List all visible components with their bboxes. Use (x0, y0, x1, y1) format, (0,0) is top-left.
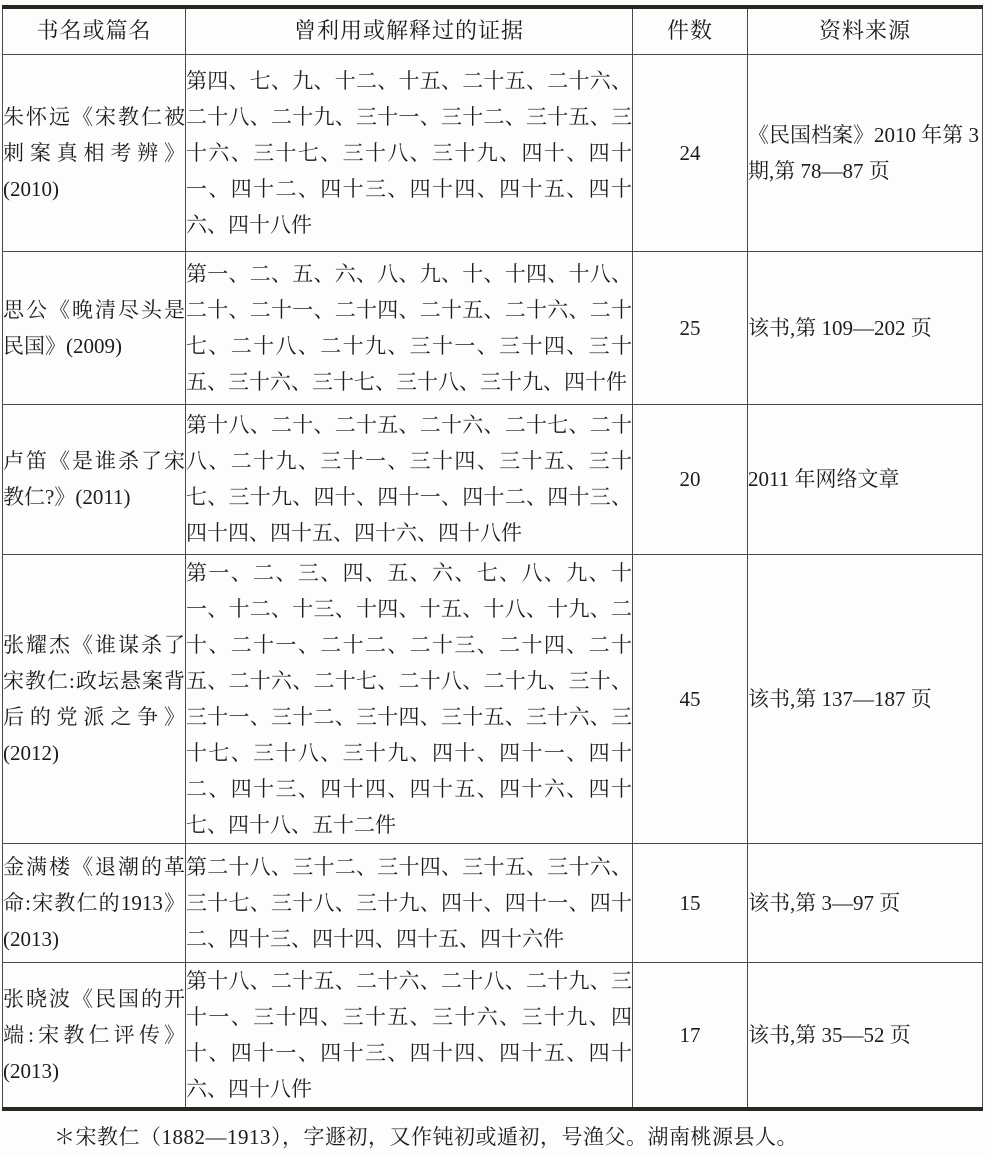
count-cell: 24 (633, 54, 748, 251)
table-row: 朱怀远《宋教仁被刺案真相考辨》(2010) 第四、七、九、十二、十五、二十五、二… (3, 54, 983, 251)
header-evidence: 曾利用或解释过的证据 (186, 7, 633, 54)
table-row: 卢笛《是谁杀了宋教仁?》(2011) 第十八、二十、二十五、二十六、二十七、二十… (3, 404, 983, 554)
evidence-cell: 第十八、二十五、二十六、二十八、二十九、三十一、三十四、三十五、三十六、三十九、… (186, 962, 633, 1109)
source-cell: 该书,第 137—187 页 (748, 554, 983, 843)
evidence-usage-table: 书名或篇名 曾利用或解释过的证据 件数 资料来源 朱怀远《宋教仁被刺案真相考辨》… (2, 5, 983, 1111)
table-row: 金满楼《退潮的革命:宋教仁的1913》(2013) 第二十八、三十二、三十四、三… (3, 843, 983, 962)
header-count: 件数 (633, 7, 748, 54)
count-cell: 25 (633, 251, 748, 404)
source-cell: 《民国档案》2010 年第 3 期,第 78—87 页 (748, 54, 983, 251)
source-cell: 该书,第 3—97 页 (748, 843, 983, 962)
book-title-cell: 张耀杰《谁谋杀了宋教仁:政坛悬案背后的党派之争》(2012) (3, 554, 186, 843)
table-row: 思公《晚清尽头是民国》(2009) 第一、二、五、六、八、九、十、十四、十八、二… (3, 251, 983, 404)
evidence-cell: 第一、二、三、四、五、六、七、八、九、十一、十二、十三、十四、十五、十八、十九、… (186, 554, 633, 843)
header-source: 资料来源 (748, 7, 983, 54)
table-row: 张耀杰《谁谋杀了宋教仁:政坛悬案背后的党派之争》(2012) 第一、二、三、四、… (3, 554, 983, 843)
count-cell: 15 (633, 843, 748, 962)
footnote: ＊宋教仁（1882—1913），字遯初，又作钝初或遁初，号渔父。湖南桃源县人。 (54, 1122, 964, 1152)
book-title-cell: 张晓波《民国的开端:宋教仁评传》(2013) (3, 962, 186, 1109)
source-cell: 该书,第 109—202 页 (748, 251, 983, 404)
evidence-cell: 第一、二、五、六、八、九、十、十四、十八、二十、二十一、二十四、二十五、二十六、… (186, 251, 633, 404)
scanned-document-page: 书名或篇名 曾利用或解释过的证据 件数 资料来源 朱怀远《宋教仁被刺案真相考辨》… (0, 0, 986, 1156)
book-title-cell: 思公《晚清尽头是民国》(2009) (3, 251, 186, 404)
count-cell: 17 (633, 962, 748, 1109)
count-cell: 45 (633, 554, 748, 843)
source-cell: 该书,第 35—52 页 (748, 962, 983, 1109)
header-book-title: 书名或篇名 (3, 7, 186, 54)
table-header-row: 书名或篇名 曾利用或解释过的证据 件数 资料来源 (3, 7, 983, 54)
book-title-cell: 朱怀远《宋教仁被刺案真相考辨》(2010) (3, 54, 186, 251)
evidence-cell: 第四、七、九、十二、十五、二十五、二十六、二十八、二十九、三十一、三十二、三十五… (186, 54, 633, 251)
evidence-cell: 第二十八、三十二、三十四、三十五、三十六、三十七、三十八、三十九、四十、四十一、… (186, 843, 633, 962)
table-row: 张晓波《民国的开端:宋教仁评传》(2013) 第十八、二十五、二十六、二十八、二… (3, 962, 983, 1109)
book-title-cell: 金满楼《退潮的革命:宋教仁的1913》(2013) (3, 843, 186, 962)
source-cell: 2011 年网络文章 (748, 404, 983, 554)
book-title-cell: 卢笛《是谁杀了宋教仁?》(2011) (3, 404, 186, 554)
count-cell: 20 (633, 404, 748, 554)
evidence-cell: 第十八、二十、二十五、二十六、二十七、二十八、二十九、三十一、三十四、三十五、三… (186, 404, 633, 554)
